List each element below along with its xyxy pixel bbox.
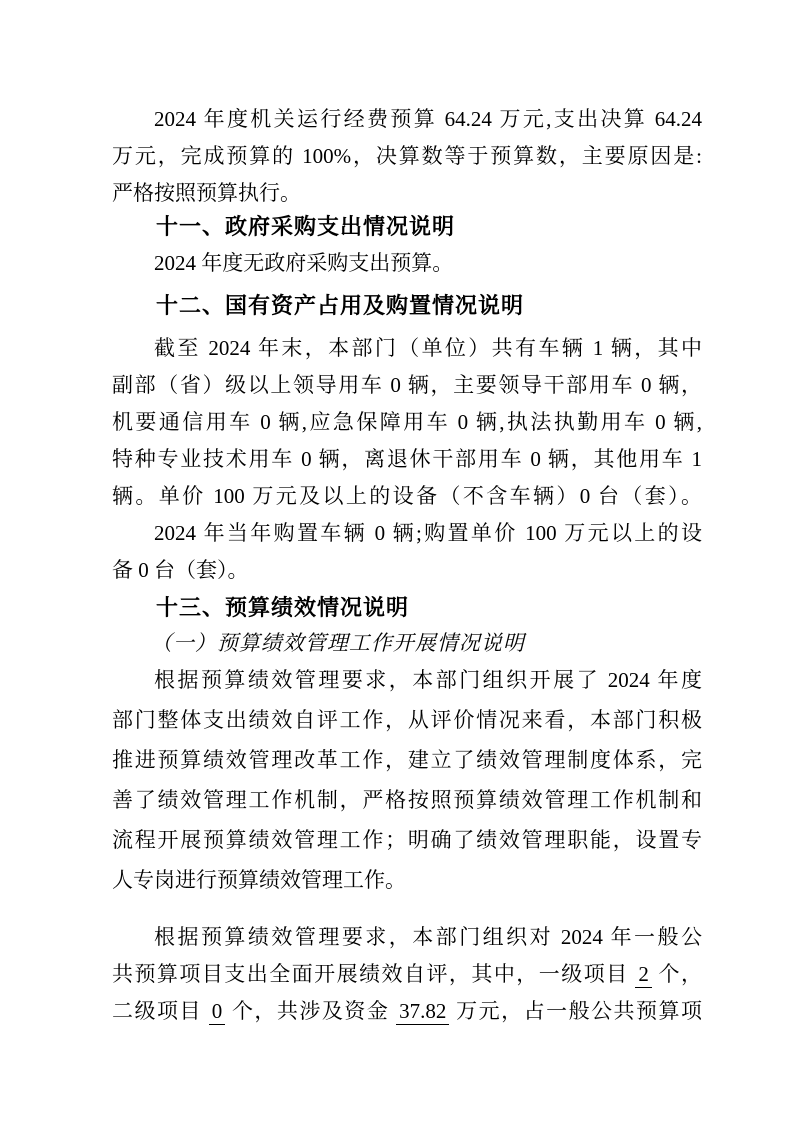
text-line: 万元，完成预算的 100%，决算数等于预算数，主要原因是: bbox=[112, 138, 702, 175]
text-segment: 万元，占一般公共预算项 bbox=[449, 999, 702, 1023]
text-line: 流程开展预算绩效管理工作；明确了绩效管理职能，设置专 bbox=[112, 820, 702, 860]
text-line: 推进预算绩效管理改革工作，建立了绩效管理制度体系，完 bbox=[112, 740, 702, 780]
text-segment: 2024 年度机关运行经费预算 64.24 万元,支出决算 64.24 bbox=[154, 107, 702, 131]
text-line: 人专岗进行预算绩效管理工作。 bbox=[112, 860, 702, 900]
text-segment: 二级项目 bbox=[112, 999, 209, 1023]
section-13-heading: 十三、预算绩效情况说明 bbox=[112, 590, 702, 626]
document-body: 2024 年度机关运行经费预算 64.24 万元,支出决算 64.24万元，完成… bbox=[112, 0, 702, 1030]
text-segment: 特种专业技术用车 0 辆，离退休干部用车 0 辆，其他用车 1 bbox=[112, 447, 702, 471]
text-line: 截至 2024 年末，本部门（单位）共有车辆 1 辆，其中 bbox=[112, 330, 702, 367]
text-segment: 2024 年当年购置车辆 0 辆;购置单价 100 万元以上的设 bbox=[154, 521, 702, 545]
text-line: 特种专业技术用车 0 辆，离退休干部用车 0 辆，其他用车 1 bbox=[112, 441, 702, 478]
text-segment: 流程开展预算绩效管理工作；明确了绩效管理职能，设置专 bbox=[112, 828, 702, 852]
org-operating-expense-paragraph: 2024 年度机关运行经费预算 64.24 万元,支出决算 64.24万元，完成… bbox=[112, 101, 702, 212]
text-segment: 机要通信用车 0 辆,应急保障用车 0 辆,执法执勤用车 0 辆, bbox=[112, 410, 702, 434]
underlined-value: 2 bbox=[635, 962, 652, 988]
text-segment: 根据预算绩效管理要求，本部门组织开展了 2024 年度 bbox=[154, 668, 702, 692]
performance-management-paragraph: 根据预算绩效管理要求，本部门组织开展了 2024 年度部门整体支出绩效自评工作，… bbox=[112, 660, 702, 900]
text-line: 共预算项目支出全面开展绩效自评，其中，一级项目 2 个， bbox=[112, 956, 702, 993]
underlined-value: 37.82 bbox=[396, 999, 449, 1025]
gov-procurement-paragraph: 2024 年度无政府采购支出预算。 bbox=[112, 245, 702, 282]
text-line: 善了绩效管理工作机制，严格按照预算绩效管理工作机制和 bbox=[112, 780, 702, 820]
text-line: 机要通信用车 0 辆,应急保障用车 0 辆,执法执勤用车 0 辆, bbox=[112, 404, 702, 441]
text-segment: 部门整体支出绩效自评工作，从评价情况来看，本部门积极 bbox=[112, 708, 702, 732]
text-segment: 万元，完成预算的 100%，决算数等于预算数，主要原因是: bbox=[112, 144, 702, 168]
current-year-purchase-paragraph: 2024 年当年购置车辆 0 辆;购置单价 100 万元以上的设备 0 台（套）… bbox=[112, 515, 702, 589]
text-line: 2024 年当年购置车辆 0 辆;购置单价 100 万元以上的设 bbox=[112, 515, 702, 552]
text-segment: 备 0 台（套）。 bbox=[112, 558, 249, 582]
text-segment: 截至 2024 年末，本部门（单位）共有车辆 1 辆，其中 bbox=[154, 336, 702, 360]
text-segment: 推进预算绩效管理改革工作，建立了绩效管理制度体系，完 bbox=[112, 748, 702, 772]
underlined-value: 0 bbox=[209, 999, 226, 1025]
text-line: 二级项目 0 个，共涉及资金 37.82 万元，占一般公共预算项 bbox=[112, 993, 702, 1030]
text-line: 根据预算绩效管理要求，本部门组织开展了 2024 年度 bbox=[112, 660, 702, 700]
text-line: 副部（省）级以上领导用车 0 辆，主要领导干部用车 0 辆， bbox=[112, 367, 702, 404]
text-line: 部门整体支出绩效自评工作，从评价情况来看，本部门积极 bbox=[112, 700, 702, 740]
performance-self-evaluation-paragraph: 根据预算绩效管理要求，本部门组织对 2024 年一般公共预算项目支出全面开展绩效… bbox=[112, 919, 702, 1030]
document-page: 2024 年度机关运行经费预算 64.24 万元,支出决算 64.24万元，完成… bbox=[0, 0, 793, 1122]
text-segment: 根据预算绩效管理要求，本部门组织对 2024 年一般公 bbox=[154, 925, 702, 949]
section-11-heading: 十一、政府采购支出情况说明 bbox=[112, 209, 702, 245]
text-line: 严格按照预算执行。 bbox=[112, 175, 702, 212]
text-segment: 共预算项目支出全面开展绩效自评，其中，一级项目 bbox=[112, 962, 635, 986]
text-line: 2024 年度机关运行经费预算 64.24 万元,支出决算 64.24 bbox=[112, 101, 702, 138]
text-segment: 善了绩效管理工作机制，严格按照预算绩效管理工作机制和 bbox=[112, 788, 702, 812]
text-segment: 严格按照预算执行。 bbox=[112, 181, 301, 205]
text-segment: 人专岗进行预算绩效管理工作。 bbox=[112, 868, 406, 892]
text-line: 备 0 台（套）。 bbox=[112, 552, 702, 589]
text-line: 根据预算绩效管理要求，本部门组织对 2024 年一般公 bbox=[112, 919, 702, 956]
text-segment: 2024 年度无政府采购支出预算。 bbox=[154, 251, 453, 275]
section-12-heading: 十二、国有资产占用及购置情况说明 bbox=[112, 288, 702, 324]
text-line: 辆。单价 100 万元及以上的设备（不含车辆）0 台（套）。 bbox=[112, 478, 702, 515]
text-segment: 个，共涉及资金 bbox=[225, 999, 396, 1023]
performance-subsection-heading: （一）预算绩效管理工作开展情况说明 bbox=[112, 626, 702, 660]
state-assets-vehicles-paragraph: 截至 2024 年末，本部门（单位）共有车辆 1 辆，其中副部（省）级以上领导用… bbox=[112, 330, 702, 515]
text-segment: 个， bbox=[652, 962, 702, 986]
text-line: 2024 年度无政府采购支出预算。 bbox=[112, 245, 702, 282]
text-segment: 副部（省）级以上领导用车 0 辆，主要领导干部用车 0 辆， bbox=[112, 373, 702, 397]
text-segment: 辆。单价 100 万元及以上的设备（不含车辆）0 台（套）。 bbox=[112, 484, 702, 508]
